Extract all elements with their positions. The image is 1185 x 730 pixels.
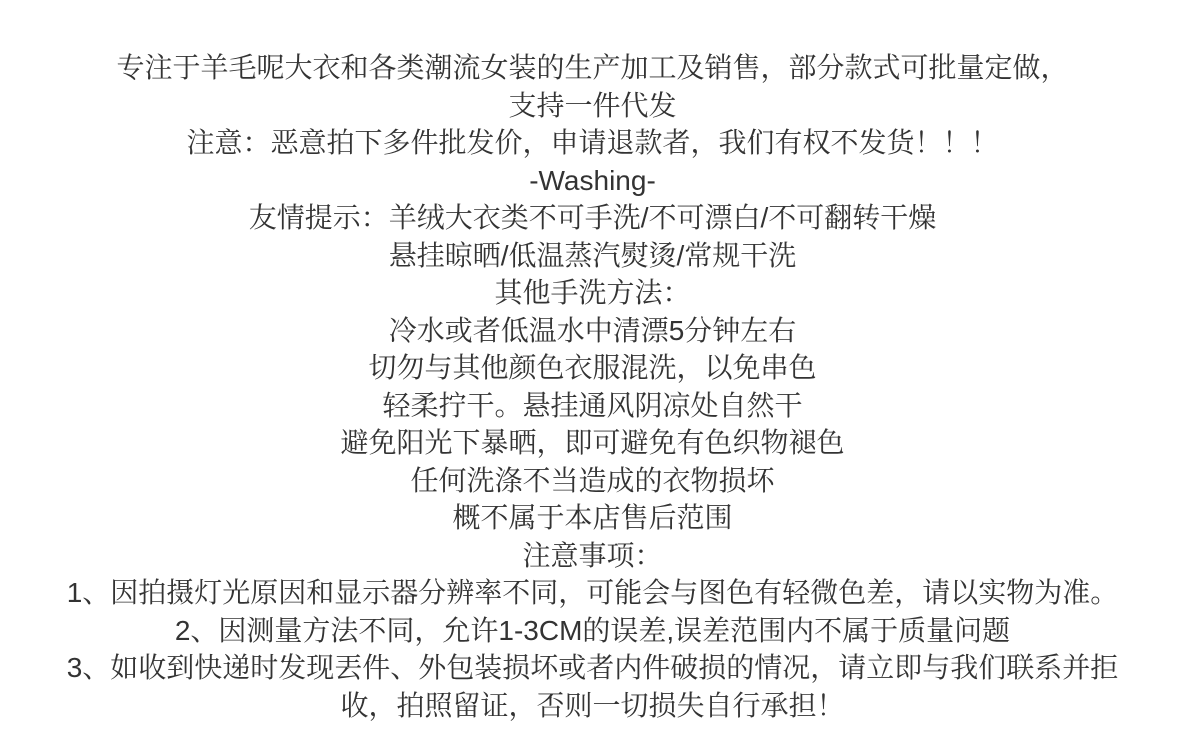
description-line-notice-title: 注意事项：	[0, 537, 1185, 575]
description-line-handwash-4: 避免阳光下暴晒，即可避免有色织物褪色	[0, 424, 1185, 462]
description-line-notice-1: 1、因拍摄灯光原因和显示器分辨率不同，可能会与图色有轻微色差，请以实物为准。	[0, 574, 1185, 612]
description-line-notice-2: 2、因测量方法不同，允许1-3CM的误差,误差范围内不属于质量问题	[0, 612, 1185, 650]
description-line-warning: 注意：恶意拍下多件批发价，申请退款者，我们有权不发货！！！	[0, 124, 1185, 162]
description-line-disclaimer-1: 任何洗涤不当造成的衣物损坏	[0, 462, 1185, 500]
description-line-handwash-3: 轻柔拧干。悬挂通风阴凉处自然干	[0, 387, 1185, 425]
description-line-notice-3b: 收，拍照留证，否则一切损失自行承担！	[0, 687, 1185, 725]
description-line-care-tip-2: 悬挂晾晒/低温蒸汽熨烫/常规干洗	[0, 237, 1185, 275]
description-line-washing-title: -Washing-	[0, 162, 1185, 200]
description-line-notice-3a: 3、如收到快递时发现丟件、外包装损坏或者内件破损的情况，请立即与我们联系并拒	[0, 649, 1185, 687]
description-line-intro-1: 专注于羊毛呢大衣和各类潮流女装的生产加工及销售，部分款式可批量定做，	[0, 49, 1185, 87]
description-line-handwash-title: 其他手洗方法：	[0, 274, 1185, 312]
description-line-handwash-2: 切勿与其他颜色衣服混洗，以免串色	[0, 349, 1185, 387]
description-line-disclaimer-2: 概不属于本店售后范围	[0, 499, 1185, 537]
product-description: 专注于羊毛呢大衣和各类潮流女装的生产加工及销售，部分款式可批量定做， 支持一件代…	[0, 0, 1185, 724]
description-line-care-tip-1: 友情提示：羊绒大衣类不可手洗/不可漂白/不可翻转干燥	[0, 199, 1185, 237]
description-line-handwash-1: 冷水或者低温水中清漂5分钟左右	[0, 312, 1185, 350]
description-line-intro-2: 支持一件代发	[0, 87, 1185, 125]
